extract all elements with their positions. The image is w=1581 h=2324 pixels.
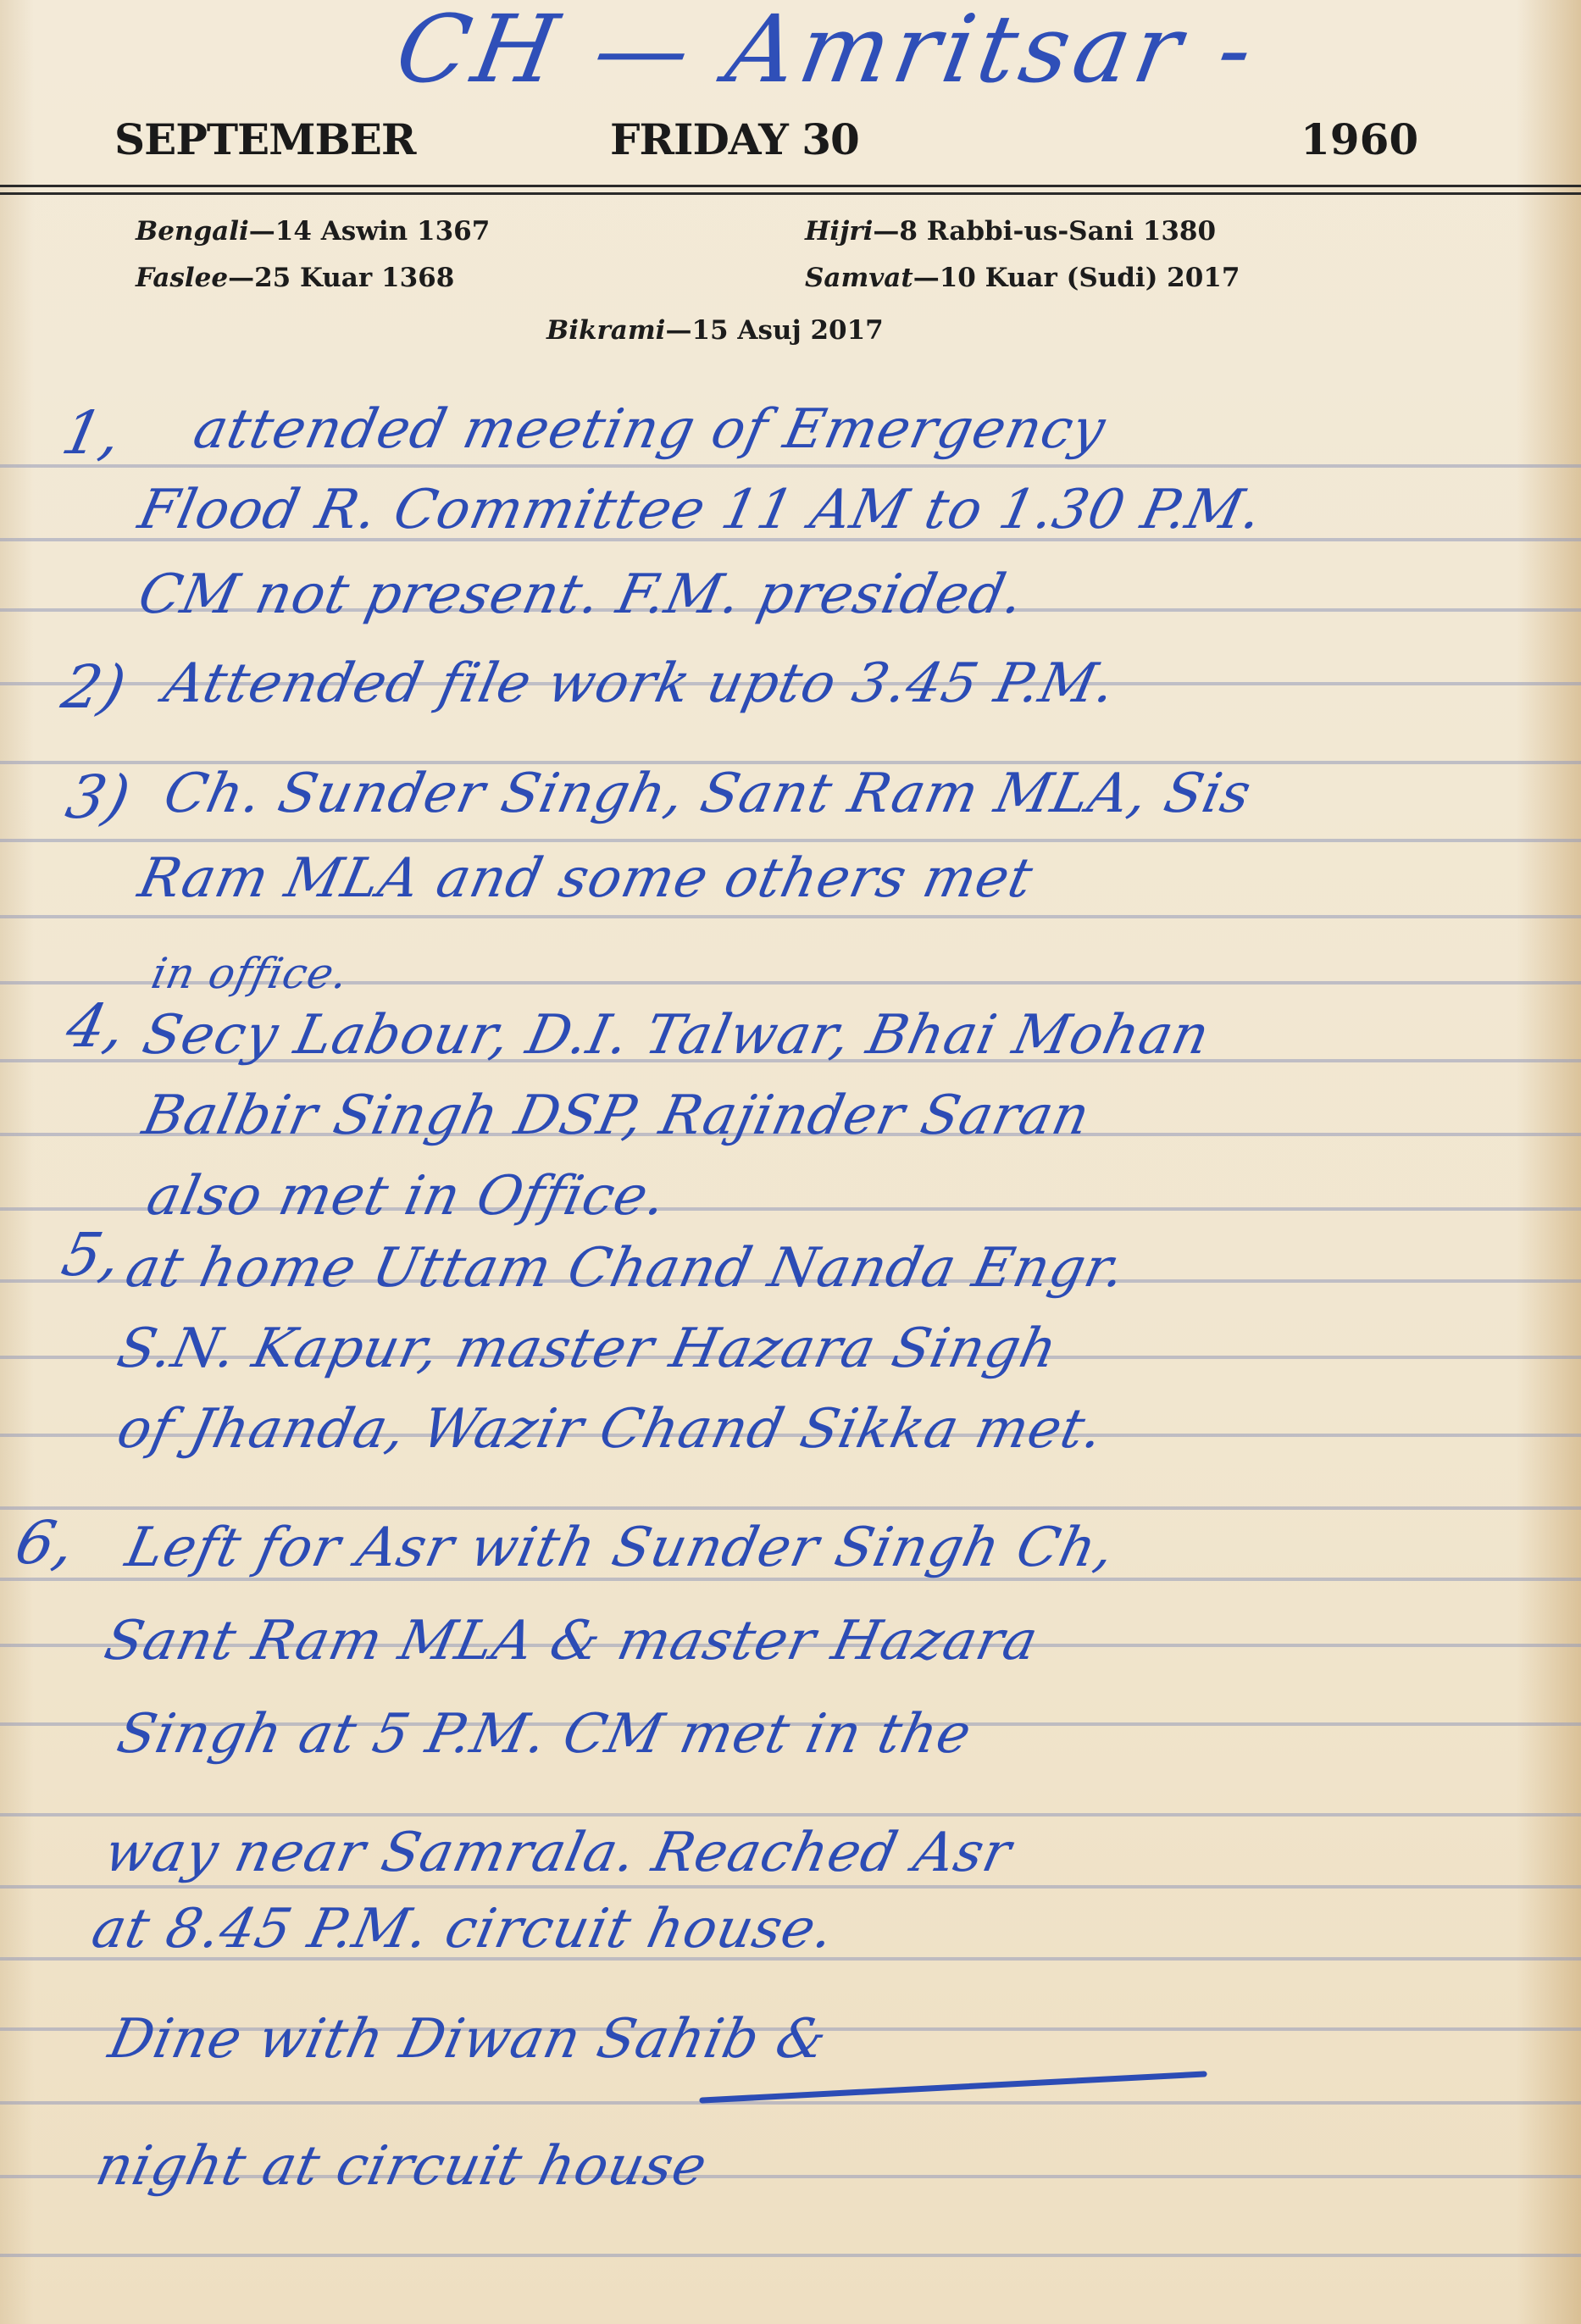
calendar-label: Faslee: [136, 263, 228, 293]
entry-number-2: 2): [56, 652, 131, 722]
ruled-line: [0, 1813, 1581, 1816]
entry-line: Sant Ram MLA & master Hazara: [99, 1610, 1044, 1672]
calendar-value: —25 Kuar 1368: [228, 263, 454, 293]
entry-line: way near Samrala. Reached Asr: [99, 1822, 1017, 1884]
entry-line: Balbir Singh DSP, Rajinder Saran: [137, 1084, 1096, 1147]
entry-line: Left for Asr with Sunder Singh Ch,: [120, 1517, 1120, 1579]
ruled-line: [0, 1506, 1581, 1510]
entry-line: at home Uttam Chand Nanda Engr.: [120, 1237, 1131, 1300]
calendar-bengali: Bengali—14 Aswin 1367: [136, 216, 490, 247]
calendar-value: —15 Asuj 2017: [665, 315, 883, 346]
calendar-samvat: Samvat—10 Kuar (Sudi) 2017: [805, 263, 1240, 293]
entry-line: also met in Office.: [141, 1165, 672, 1228]
calendar-value: —10 Kuar (Sudi) 2017: [913, 263, 1240, 293]
handwritten-heading: CH — Amritsar -: [389, 0, 1266, 103]
underline-stroke: [699, 2071, 1207, 2103]
entry-line: Singh at 5 P.M. CM met in the: [112, 1703, 977, 1766]
header-month: SEPTEMBER: [114, 114, 415, 164]
header-divider: [0, 185, 1581, 195]
entry-line: CM not present. F.M. presided.: [133, 563, 1029, 626]
entry-line: Attended file work upto 3.45 P.M.: [158, 652, 1121, 715]
date-header: SEPTEMBER FRIDAY 30 1960: [0, 114, 1581, 165]
calendar-label: Samvat: [805, 263, 913, 293]
entry-line: Ram MLA and some others met: [133, 847, 1039, 910]
calendar-label: Bikrami: [546, 315, 665, 346]
diary-page: CH — Amritsar - SEPTEMBER FRIDAY 30 1960…: [0, 0, 1581, 2324]
calendar-label: Hijri: [805, 216, 873, 247]
entry-line: Dine with Diwan Sahib &: [103, 2008, 833, 2071]
calendar-hijri: Hijri—8 Rabbi-us-Sani 1380: [805, 216, 1216, 247]
ruled-line: [0, 2254, 1581, 2257]
calendar-faslee: Faslee—25 Kuar 1368: [136, 263, 454, 293]
calendar-value: —8 Rabbi-us-Sani 1380: [873, 216, 1216, 247]
entry-line: Flood R. Committee 11 AM to 1.30 P.M.: [133, 479, 1268, 541]
entry-number-3: 3): [60, 763, 136, 832]
entry-line: Secy Labour, D.I. Talwar, Bhai Mohan: [137, 1004, 1215, 1067]
entry-line: Ch. Sunder Singh, Sant Ram MLA, Sis: [158, 763, 1256, 825]
header-year: 1960: [1301, 114, 1418, 164]
ruled-line: [0, 464, 1581, 468]
entry-number-6: 6,: [9, 1508, 80, 1578]
ruled-line: [0, 2101, 1581, 2105]
ruled-line: [0, 839, 1581, 842]
calendar-bikrami: Bikrami—15 Asuj 2017: [546, 315, 884, 346]
entry-line: in office.: [147, 949, 353, 998]
ruled-line: [0, 1885, 1581, 1889]
entry-number-4: 4,: [60, 991, 131, 1061]
entry-line: of Jhanda, Wazir Chand Sikka met.: [112, 1398, 1109, 1461]
entry-line: S.N. Kapur, master Hazara Singh: [112, 1317, 1063, 1380]
calendar-value: —14 Aswin 1367: [249, 216, 491, 247]
entry-line: night at circuit house: [91, 2135, 713, 2198]
entry-number-1: 1,: [56, 398, 127, 468]
entry-line: at 8.45 P.M. circuit house.: [86, 1898, 840, 1961]
header-day: FRIDAY 30: [610, 114, 859, 164]
entry-line: attended meeting of Emergency: [188, 398, 1111, 461]
calendar-label: Bengali: [136, 216, 249, 247]
ruled-line: [0, 915, 1581, 918]
